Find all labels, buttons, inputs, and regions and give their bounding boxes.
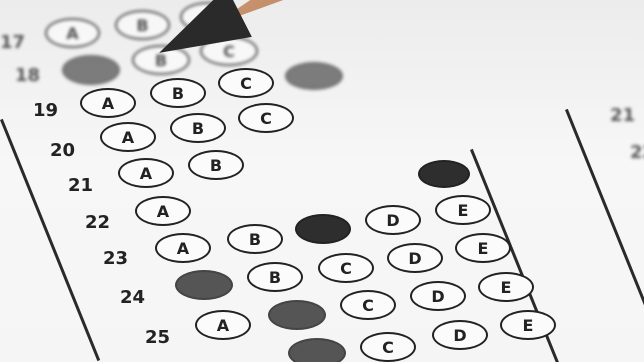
bubble: C [238,103,294,133]
answer-sheet-photo: 17 A B C 18 A B C E 19 A B C 20 A B C 21… [0,0,644,362]
bubble: D [432,320,488,350]
pencil-wood [178,0,644,92]
question-number: 22 [85,212,110,233]
question-number: 19 [33,100,58,121]
bubble-filled: A [175,270,233,300]
bubble: D [410,281,466,311]
bubble: B [227,224,283,254]
question-number: 21 [68,175,93,196]
bubble-filled: C [295,214,351,244]
bubble: A [100,122,156,152]
pencil [107,0,644,120]
bubble-filled: B [288,338,346,362]
bubble: A [118,158,174,188]
bubble-filled: E [418,160,470,188]
bubble: C [360,332,416,362]
bubble-filled: B [268,300,326,330]
question-number: 18 [15,65,40,86]
question-number: 22 [630,142,644,163]
bubble: B [188,150,244,180]
question-number: 20 [50,140,75,161]
bubble: C [340,290,396,320]
bubble: A [155,233,211,263]
bubble: C [318,253,374,283]
bubble: A [195,310,251,340]
question-number: 24 [120,287,145,308]
bubble: D [387,243,443,273]
bubble: A [80,88,136,118]
bubble: B [247,262,303,292]
bubble: E [478,272,534,302]
bubble: D [365,205,421,235]
bubble-filled: A [62,55,120,85]
question-number: 21 [610,105,635,126]
bubble: A [45,18,100,48]
question-number: 17 [0,32,25,53]
bubble: E [455,233,511,263]
question-number: 23 [103,248,128,269]
bubble: B [170,113,226,143]
bubble: E [500,310,556,340]
question-number: 25 [145,327,170,348]
bubble: E [435,195,491,225]
bubble: A [135,196,191,226]
